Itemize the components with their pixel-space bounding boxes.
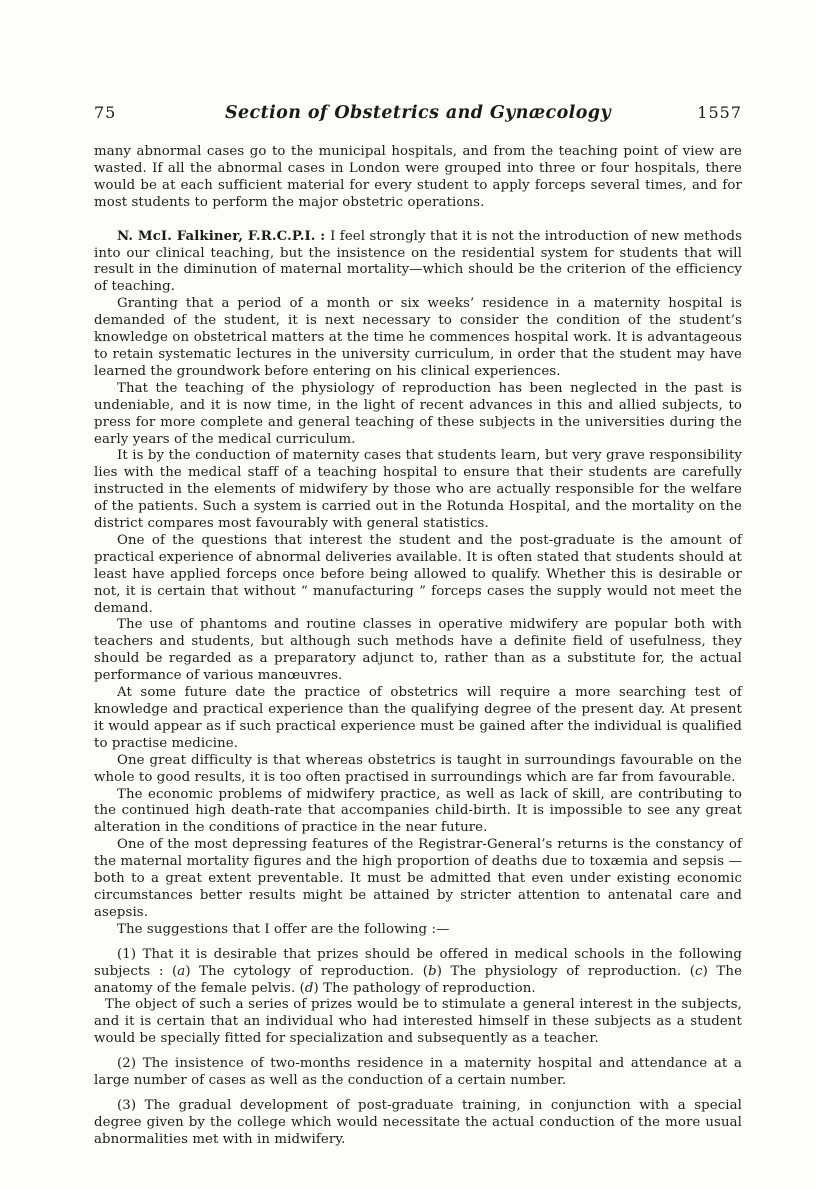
- running-head: 75 Section of Obstetrics and Gynæcology …: [94, 103, 742, 123]
- paragraph-13: (1) That it is desirable that prizes sho…: [94, 947, 742, 998]
- page-number-left: 75: [94, 103, 164, 122]
- paragraph-7: The use of phantoms and routine classes …: [94, 617, 742, 685]
- article-body: many abnormal cases go to the municipal …: [94, 144, 742, 1149]
- section-title: Section of Obstetrics and Gynæcology: [164, 103, 672, 123]
- paragraph-10: The economic problems of midwifery pract…: [94, 787, 742, 838]
- paragraph-14: The object of such a series of prizes wo…: [94, 997, 742, 1048]
- paragraph-1: many abnormal cases go to the municipal …: [94, 144, 742, 212]
- paragraph-5: It is by the conduction of maternity cas…: [94, 448, 742, 533]
- paragraph-16: (3) The gradual development of post-grad…: [94, 1098, 742, 1149]
- paragraph-9: One great difficulty is that whereas obs…: [94, 753, 742, 787]
- paragraph-4: That the teaching of the physiology of r…: [94, 381, 742, 449]
- paragraph-6: One of the questions that interest the s…: [94, 533, 742, 618]
- paragraph-11: One of the most depressing features of t…: [94, 837, 742, 922]
- page-number-right: 1557: [672, 103, 742, 122]
- journal-page: 75 Section of Obstetrics and Gynæcology …: [0, 0, 816, 1190]
- paragraph-8: At some future date the practice of obst…: [94, 685, 742, 753]
- paragraph-2: N. McI. Falkiner, F.R.C.P.I. : I feel st…: [94, 229, 742, 297]
- paragraph-12: The suggestions that I offer are the fol…: [94, 922, 742, 939]
- paragraph-15: (2) The insistence of two-months residen…: [94, 1056, 742, 1090]
- page-content: 75 Section of Obstetrics and Gynæcology …: [94, 103, 742, 1149]
- paragraph-3: Granting that a period of a month or six…: [94, 296, 742, 381]
